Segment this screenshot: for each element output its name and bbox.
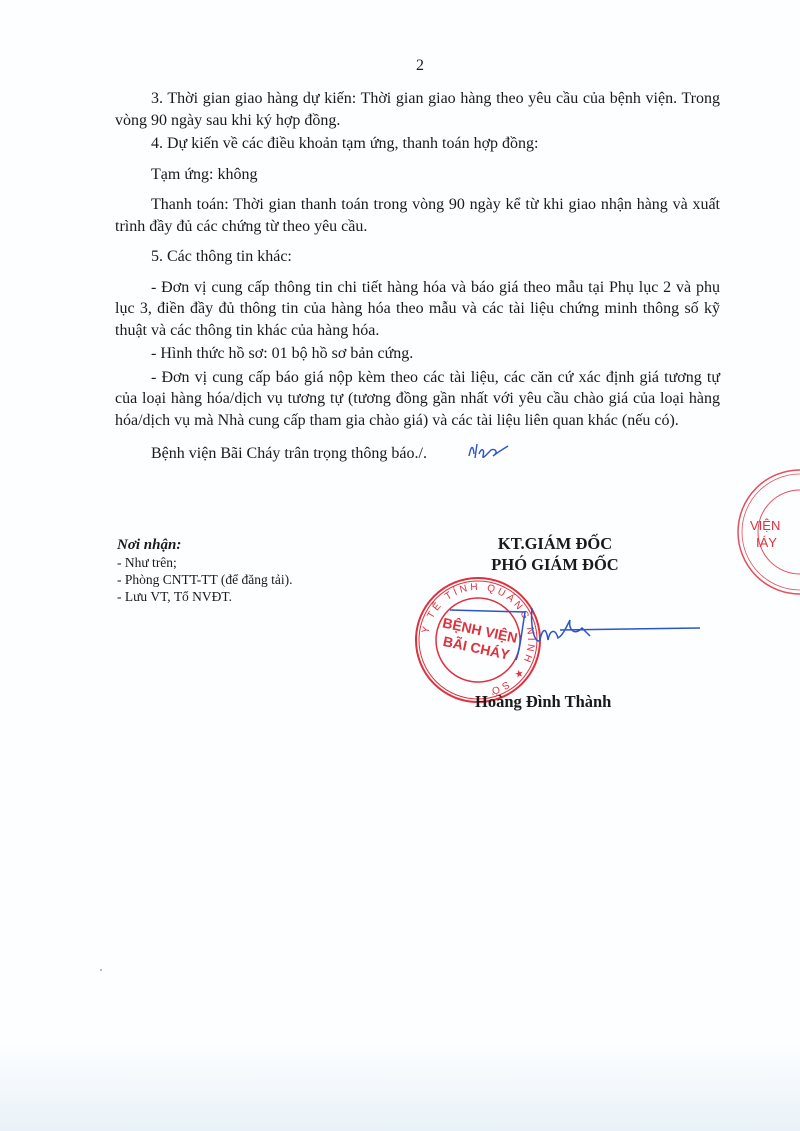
- scan-tint: [0, 1041, 800, 1131]
- scan-speck: [100, 969, 102, 971]
- signature-title: KT.GIÁM ĐỐC PHÓ GIÁM ĐỐC: [455, 533, 655, 575]
- recipient-item: - Lưu VT, Tổ NVĐT.: [117, 588, 292, 605]
- recipient-item: - Phòng CNTT-TT (để đăng tải).: [117, 571, 292, 588]
- paragraph-other-info-1: - Đơn vị cung cấp thông tin chi tiết hàn…: [115, 277, 720, 342]
- recipient-item: - Như trên;: [117, 554, 292, 571]
- paragraph-delivery-time: 3. Thời gian giao hàng dự kiến: Thời gia…: [115, 88, 720, 131]
- recipients-title: Nơi nhận:: [117, 537, 292, 554]
- svg-text:VIỆN: VIỆN: [750, 518, 780, 533]
- closing-text: Bệnh viện Bãi Cháy trân trọng thông báo.…: [151, 445, 427, 462]
- handwritten-signature-icon: [450, 600, 710, 670]
- recipients-block: Nơi nhận: - Như trên; - Phòng CNTT-TT (đ…: [117, 537, 292, 605]
- signer-name: Hoàng Đình Thành: [475, 692, 611, 712]
- paragraph-other-info-2: - Hình thức hồ sơ: 01 bộ hồ sơ bản cứng.: [115, 343, 720, 365]
- paragraph-advance: Tạm ứng: không: [115, 164, 720, 186]
- paragraph-other-info-heading: 5. Các thông tin khác:: [115, 246, 720, 268]
- page-number: 2: [0, 57, 800, 75]
- paragraph-payment: Thanh toán: Thời gian thanh toán trong v…: [115, 194, 720, 237]
- svg-text:IÁY: IÁY: [756, 535, 777, 550]
- paragraph-payment-terms-heading: 4. Dự kiến về các điều khoản tạm ứng, th…: [115, 133, 720, 155]
- signature-line-2: PHÓ GIÁM ĐỐC: [455, 554, 655, 575]
- signature-line-1: KT.GIÁM ĐỐC: [455, 533, 655, 554]
- partial-stamp-icon: VIỆN IÁY: [730, 465, 800, 600]
- paragraph-other-info-3: - Đơn vị cung cấp báo giá nộp kèm theo c…: [115, 367, 720, 432]
- document-body: 3. Thời gian giao hàng dự kiến: Thời gia…: [115, 88, 720, 478]
- paragraph-closing: Bệnh viện Bãi Cháy trân trọng thông báo.…: [115, 440, 720, 469]
- initials-signature-icon: [429, 440, 509, 469]
